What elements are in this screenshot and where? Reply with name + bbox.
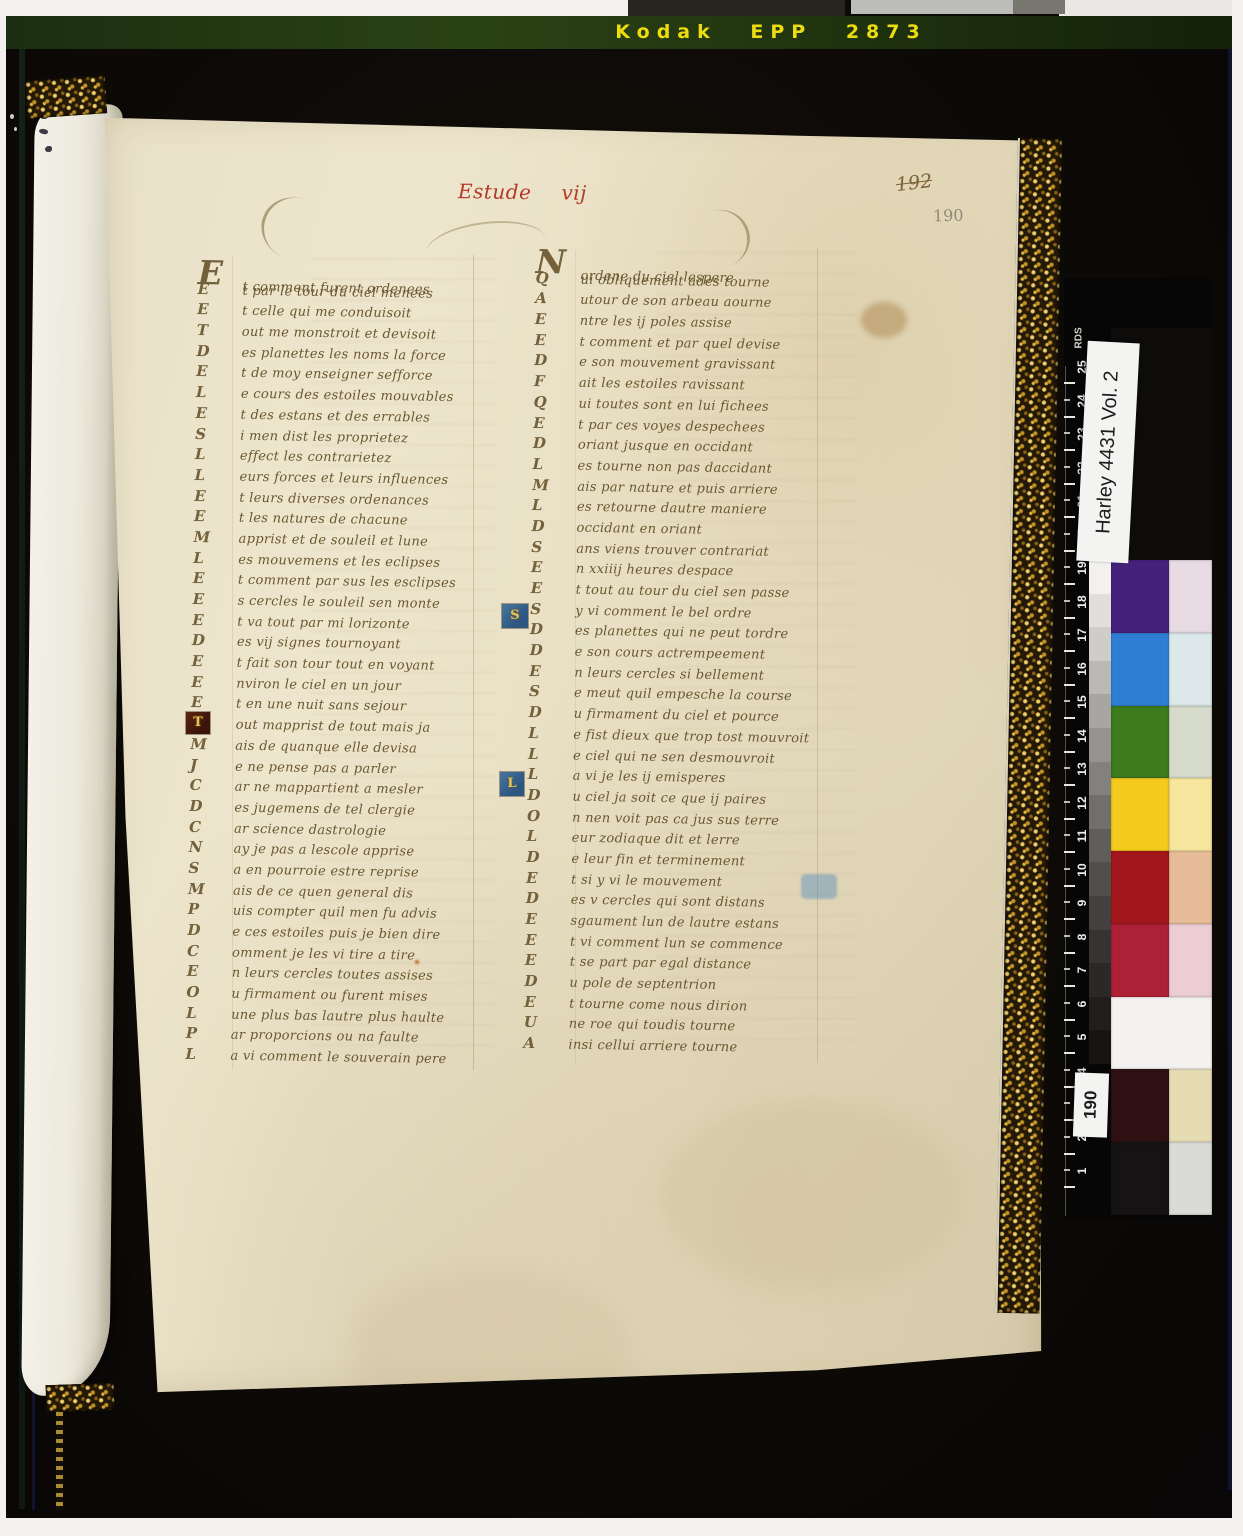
verse-capital: P (186, 1024, 231, 1043)
verse-capital: D (530, 620, 575, 639)
verse-capital: E (525, 931, 570, 950)
ruler-tick (1064, 1019, 1075, 1021)
verse-text: t tout au tour du ciel sen passe (576, 583, 790, 601)
text-column-2: Nordene du ciel lespereQui obliquement a… (523, 248, 881, 1060)
ruler-minor-tick (1064, 399, 1070, 401)
verse-text: t fait son tour tout en voyant (237, 656, 435, 674)
grayscale-step (1089, 594, 1111, 628)
verse-capital: Q (533, 393, 578, 412)
frame-gray-patch (851, 0, 1013, 14)
verse-capital: M (532, 476, 577, 495)
ruler-tick (1064, 751, 1075, 753)
frame-top-right (1059, 0, 1232, 16)
verse-capital: S (195, 424, 240, 443)
verse-capital: E (194, 487, 239, 506)
illuminated-initial-L: L (500, 772, 524, 796)
verse-text: es tourne non pas daccidant (577, 459, 772, 477)
color-calibration-target: RDS 252423222120191817161514131211109876… (1064, 278, 1212, 1219)
ruler-tick (1064, 1186, 1075, 1188)
color-patch-black (1111, 1142, 1169, 1215)
film-label: Kodak EPP 2873 (606, 21, 936, 43)
verse-text: t en une nuit sans sejour (236, 697, 407, 715)
verse-capital: E (192, 611, 237, 630)
grayscale-step (1089, 963, 1111, 997)
frame-bottom (0, 1518, 1243, 1536)
ruler-minor-tick (1064, 1002, 1070, 1004)
ruler-minor-tick (1064, 1102, 1070, 1104)
verse-capital: E (524, 993, 569, 1012)
ruler-minor-tick (1064, 1035, 1070, 1037)
verse-capital: E (191, 693, 236, 712)
grayscale-step (1089, 930, 1111, 964)
verse-text: ais de quanque elle devisa (235, 738, 417, 756)
ruler-minor-tick (1064, 1169, 1070, 1171)
illuminated-initial-S: S (502, 604, 528, 628)
folio-number-ink-crossed: 192 (895, 170, 934, 196)
color-patch-white (1111, 997, 1212, 1070)
gilt-edge-bottom-left (46, 1383, 115, 1412)
grayscale-step (1089, 795, 1111, 829)
ruler-minor-tick (1064, 968, 1070, 970)
verse-text: oriant jusque en occidant (578, 438, 753, 456)
ruler-minor-tick (1064, 1069, 1070, 1071)
verse-text: t tourne come nous dirion (569, 996, 748, 1014)
ruler-minor-tick (1064, 466, 1070, 468)
verse-capital: D (529, 703, 574, 722)
verse-capital: E (525, 910, 570, 929)
ruler-tick (1064, 851, 1075, 853)
illuminated-initial-T: T (186, 712, 210, 734)
ruler-minor-tick (1064, 801, 1070, 803)
color-patch-purple-tint (1169, 560, 1212, 633)
ruler-tick (1064, 583, 1075, 585)
verse-text: t celle qui me conduisoit (242, 304, 412, 322)
dust-speck (10, 114, 14, 119)
ruler-number: 11 (1075, 824, 1089, 848)
ruler-text-fragment: RDS (1074, 323, 1085, 349)
grayscale-step (1089, 661, 1111, 695)
verse-text: e meut quil empesche la course (574, 686, 792, 704)
verse-text: eur zodiaque dit et lerre (572, 831, 740, 849)
verse-text: nviron le ciel en un jour (236, 676, 401, 694)
grayscale-wedge (1089, 560, 1111, 1064)
ruler-number: 13 (1075, 757, 1089, 781)
ruler-tick (1064, 952, 1075, 954)
frame-top (0, 0, 628, 16)
ruler-tick (1064, 985, 1075, 987)
ruler-number: 10 (1075, 858, 1089, 882)
verse-text: ui toutes sont en lui fichees (578, 397, 769, 415)
color-patch-green (1111, 706, 1169, 779)
color-patch-blue (1111, 633, 1169, 706)
ruler-tick (1064, 784, 1075, 786)
initial-letter: S (510, 608, 519, 623)
verse-text: une plus bas lautre plus haulte (231, 1007, 444, 1025)
verse-text: ntre les ij poles assise (580, 314, 732, 331)
ruler-tick (1064, 717, 1075, 719)
color-patch-yellow (1111, 778, 1169, 851)
verse-text: ais de ce quen general dis (233, 883, 413, 901)
grayscale-step (1089, 627, 1111, 661)
initial-letter: T (193, 715, 203, 730)
verse-text: a vi comment le souverain pere (230, 1049, 446, 1067)
folio-number-pencil: 190 (933, 205, 964, 225)
verse-capital: O (186, 983, 231, 1002)
ruler-tick (1064, 1086, 1075, 1088)
verse-text: sgaument lun de lautre estans (570, 914, 779, 932)
verse-text: ans viens trouver contrariat (576, 541, 769, 559)
ruler-number: 17 (1075, 623, 1089, 647)
verse-capital: L (193, 549, 238, 568)
grayscale-step (1089, 862, 1111, 896)
ruler-minor-tick (1064, 499, 1070, 501)
verse-capital: M (188, 880, 233, 899)
rubric-word: Estude (458, 179, 532, 204)
ruler-number: 15 (1075, 690, 1089, 714)
verse-text: ui obliquement ades tourne (580, 272, 770, 290)
ruler-minor-tick (1064, 901, 1070, 903)
verse-capital: L (532, 455, 577, 474)
verse-capital: L (528, 765, 573, 784)
color-patch-yellow-tint (1169, 778, 1212, 851)
verse-capital: A (535, 289, 580, 308)
initial-letter: L (507, 776, 516, 791)
verse-text: effect les contrarietez (240, 449, 392, 466)
verse-capital: E (534, 331, 579, 350)
text-column-1: Et comment furent ordeneesEt par le tour… (185, 259, 488, 1070)
verse-capital: C (187, 942, 232, 961)
verse-text: n leurs cercles toutes assises (232, 966, 434, 984)
manuscript-page: Estudevij 192 190 Et comment furent orde… (101, 110, 1043, 1396)
color-patch-purple (1111, 560, 1169, 633)
verse-capital: D (526, 889, 571, 908)
gilt-edge-top-left (25, 75, 107, 118)
ruler-tick (1064, 684, 1075, 686)
color-patch-crimson (1111, 924, 1169, 997)
verse-text: n xxiiij heures despace (576, 562, 734, 579)
ruler-tick (1064, 650, 1075, 652)
verse-capital: D (524, 972, 569, 991)
ruler-tick (1064, 516, 1075, 518)
grayscale-step (1089, 1030, 1111, 1064)
ruler-minor-tick (1064, 633, 1070, 635)
verse-capital: L (186, 1004, 231, 1023)
verse-capital: T (197, 321, 242, 340)
color-patch-dark-red (1111, 851, 1169, 924)
verse-text: y vi comment le bel ordre (575, 603, 752, 621)
verse-text: t des estans et des errables (240, 408, 430, 426)
ruler-number: 16 (1075, 657, 1089, 681)
ruler-number: 6 (1075, 992, 1089, 1016)
verse-text: ne roe qui toudis tourne (569, 1017, 736, 1035)
verse-text: ar ne mappartient a mesler (235, 780, 423, 798)
verse-capital: E (187, 962, 232, 981)
verse-text: es planettes qui ne peut tordre (575, 624, 789, 642)
verse-capital: J (190, 755, 235, 774)
verse-text: u ciel ja soit ce que ij paires (572, 790, 766, 808)
verse-capital: U (524, 1013, 569, 1032)
verse-capital: S (530, 600, 575, 619)
ruler-tick (1064, 885, 1075, 887)
verse-text: i men dist les proprietez (240, 428, 408, 446)
color-patch-blue-tint (1169, 633, 1212, 706)
grayscale-step (1089, 829, 1111, 863)
verse-capital: D (192, 631, 237, 650)
ruler-number: 8 (1075, 925, 1089, 949)
verse-text: a en pourroie estre reprise (233, 863, 419, 881)
verse-capital: E (533, 413, 578, 432)
verse-capital: L (527, 827, 572, 846)
ruler-minor-tick (1064, 600, 1070, 602)
verse-capital: L (528, 744, 573, 763)
verse-text: e ciel qui ne sen desmouvroit (573, 748, 775, 766)
verse-text: t par le tour du ciel menees (242, 283, 433, 301)
verse-capital: M (190, 735, 235, 754)
ruler-number: 12 (1075, 791, 1089, 815)
verse-text: n leurs cercles si bellement (574, 665, 764, 683)
rubric-title: Estudevij (458, 179, 587, 205)
verse-capital: O (527, 806, 572, 825)
verse-capital: L (194, 466, 239, 485)
parchment-stain (351, 1270, 631, 1430)
ruler-tick (1064, 416, 1075, 418)
verse-capital: M (193, 528, 238, 547)
verse-text: e son cours actrempeement (575, 645, 766, 663)
verse-capital: E (193, 569, 238, 588)
verse-capital: D (531, 517, 576, 536)
grayscale-step (1089, 728, 1111, 762)
grayscale-step (1089, 896, 1111, 930)
photo-background: Kodak EPP 2873 Estudevij 192 190 (6, 0, 1232, 1520)
verse-capital: F (534, 372, 579, 391)
verse-text: t se part par egal distance (570, 955, 752, 973)
verse-capital: N (189, 838, 234, 857)
color-patch-black-tint (1169, 1142, 1212, 1215)
verse-capital: A (523, 1034, 568, 1053)
verse-text: eurs forces et leurs influences (239, 470, 448, 488)
verse-text: n nen voit pas ca jus sus terre (572, 810, 779, 828)
verse-capital: E (197, 280, 242, 299)
verse-capital: E (193, 590, 238, 609)
verse-capital: E (191, 673, 236, 692)
verse-text: e cours des estoiles mouvables (241, 387, 454, 405)
verse-capital: L (532, 496, 577, 515)
verse-capital: E (531, 579, 576, 598)
verse-text: u firmament du ciel et pource (574, 707, 779, 725)
grayscale-step (1089, 762, 1111, 796)
ruler-minor-tick (1064, 533, 1070, 535)
verse-capital: E (525, 951, 570, 970)
ruler-tick (1064, 449, 1075, 451)
verse-capital: D (527, 786, 572, 805)
verse-capital: D (530, 641, 575, 660)
verse-text: u firmament ou furent mises (231, 987, 428, 1005)
color-patch-crimson-tint (1169, 924, 1212, 997)
verse-capital: D (533, 434, 578, 453)
ruler-tick (1064, 617, 1075, 619)
ruler-number: 14 (1075, 724, 1089, 748)
facing-page-edge (21, 104, 123, 1397)
color-patch-grid (1111, 560, 1212, 1215)
gilt-bead-string (56, 1412, 63, 1510)
verse-text: es mouvemens et les eclipses (238, 552, 440, 570)
ruler-baseline (1065, 366, 1066, 1216)
verse-text: a vi je les ij emisperes (573, 769, 726, 786)
ruler-minor-tick (1064, 700, 1070, 702)
verse-text: apprist et de souleil et lune (238, 532, 428, 550)
dust-speck (14, 127, 17, 131)
verse-capital: L (195, 445, 240, 464)
grayscale-step (1089, 997, 1111, 1031)
verse-capital: E (195, 404, 240, 423)
verse-capital: P (188, 900, 233, 919)
verse-capital: L (196, 383, 241, 402)
verse-text: es planettes les noms la force (241, 345, 446, 363)
verse-text: ar proporcions ou na faulte (231, 1028, 419, 1046)
color-patch-green-tint (1169, 706, 1212, 779)
rubric-word: vij (561, 181, 587, 205)
verse-text: s cercles le souleil sen monte (238, 594, 441, 612)
ruler-number: 1 (1075, 1159, 1089, 1183)
ruler-number: 7 (1075, 958, 1089, 982)
ruler-tick (1064, 1153, 1075, 1155)
ruler-number: 9 (1075, 891, 1089, 915)
ruler-minor-tick (1064, 432, 1070, 434)
verse-text: e ne pense pas a parler (235, 759, 396, 777)
verse-text: ar science dastrologie (234, 821, 386, 838)
ruler-minor-tick (1064, 667, 1070, 669)
color-patch-dark-red-tint (1169, 851, 1212, 924)
ruler-number: 18 (1075, 590, 1089, 614)
ruler-minor-tick (1064, 834, 1070, 836)
verse-text: e son mouvement gravissant (579, 355, 776, 373)
ink-mark (45, 146, 52, 152)
verse-line: La vi comment le souverain pere (185, 1045, 475, 1070)
verse-text: t de moy enseigner sefforce (241, 366, 433, 384)
verse-capital: E (531, 558, 576, 577)
color-patch-dark-brown (1111, 1069, 1169, 1142)
verse-text: uis compter quil men fu advis (233, 904, 438, 922)
verse-text: t vi comment lun se commence (570, 934, 783, 952)
verse-capital: E (526, 869, 571, 888)
ruler-tick (1064, 550, 1075, 552)
verse-text: es vij signes tournoyant (237, 635, 401, 653)
frame-top-dark (628, 0, 845, 16)
film-strip: Kodak EPP 2873 (6, 16, 1232, 49)
verse-text: omment je les vi tire a tire (232, 945, 415, 963)
verse-capital: D (196, 342, 241, 361)
verse-capital: Q (535, 269, 580, 288)
verse-capital: L (528, 724, 573, 743)
verse-text: ais par nature et puis arriere (577, 479, 778, 497)
verse-text: es v cercles qui sont distans (571, 893, 765, 911)
verse-text: ait les estoiles ravissant (579, 376, 745, 394)
ruler-minor-tick (1064, 1136, 1070, 1138)
ruler-tick (1064, 1052, 1075, 1054)
grayscale-step (1089, 694, 1111, 728)
verse-text: t comment par sus les esclipses (238, 573, 456, 591)
verse-text: ay je pas a lescole apprise (234, 842, 415, 860)
verse-capital: E (197, 300, 242, 319)
ruler-number: 5 (1075, 1025, 1089, 1049)
verse-text: es jugemens de tel clergie (234, 801, 415, 819)
verse-text: t comment et par quel devise (579, 334, 780, 352)
parchment-stain (661, 1100, 961, 1290)
ruler-minor-tick (1064, 566, 1070, 568)
verse-text: u pole de septentrion (569, 976, 716, 993)
verse-text: e fist dieux que trop tost mouvroit (573, 727, 809, 746)
verse-capital: D (189, 797, 234, 816)
verse-capital: E (194, 507, 239, 526)
verse-text: es retourne dautre maniere (577, 500, 767, 518)
ruler-tick (1064, 918, 1075, 920)
verse-text: t leurs diverses ordenances (239, 490, 429, 508)
verse-capital: E (196, 362, 241, 381)
folio-label: 190 (1073, 1072, 1109, 1137)
frame-left (0, 0, 6, 1536)
ruler-tick (1064, 382, 1075, 384)
verse-text: e ces estoiles puis je bien dire (232, 925, 440, 943)
frame-dark-patch (1013, 0, 1065, 14)
color-patch-dark-brown-tint (1169, 1069, 1212, 1142)
verse-capital: S (188, 859, 233, 878)
verse-text: out mapprist de tout mais ja (236, 718, 431, 736)
ruler-minor-tick (1064, 868, 1070, 870)
verse-capital: E (529, 662, 574, 681)
verse-capital: D (526, 848, 571, 867)
verse-text: t si y vi le mouvement (571, 872, 722, 889)
verse-capital: C (189, 817, 234, 836)
verse-text: utour de son arbeau aourne (580, 293, 772, 311)
verse-capital: S (529, 682, 574, 701)
ruler-minor-tick (1064, 767, 1070, 769)
ruler-minor-tick (1064, 734, 1070, 736)
ruler-tick (1064, 483, 1075, 485)
verse-capital: C (190, 776, 235, 795)
verse-text: t va tout par mi lorizonte (237, 614, 410, 632)
verse-text: insi cellui arriere tourne (568, 1038, 737, 1056)
frame-right (1232, 0, 1243, 1536)
verse-capital: D (187, 921, 232, 940)
grayscale-step (1089, 560, 1111, 594)
verse-capital: E (535, 310, 580, 329)
verse-text: e leur fin et terminement (571, 852, 745, 870)
verse-capital: D (534, 351, 579, 370)
verse-text: t par ces voyes despechees (578, 417, 765, 435)
ruler-tick (1064, 818, 1075, 820)
verse-text: out me monstroit et devisoit (242, 325, 437, 343)
verse-text: t les natures de chacune (239, 511, 408, 529)
verse-capital: E (192, 652, 237, 671)
verse-text: occidant en oriant (576, 521, 702, 538)
ruler-minor-tick (1064, 935, 1070, 937)
verse-capital: L (185, 1045, 230, 1064)
verse-capital: S (531, 538, 576, 557)
